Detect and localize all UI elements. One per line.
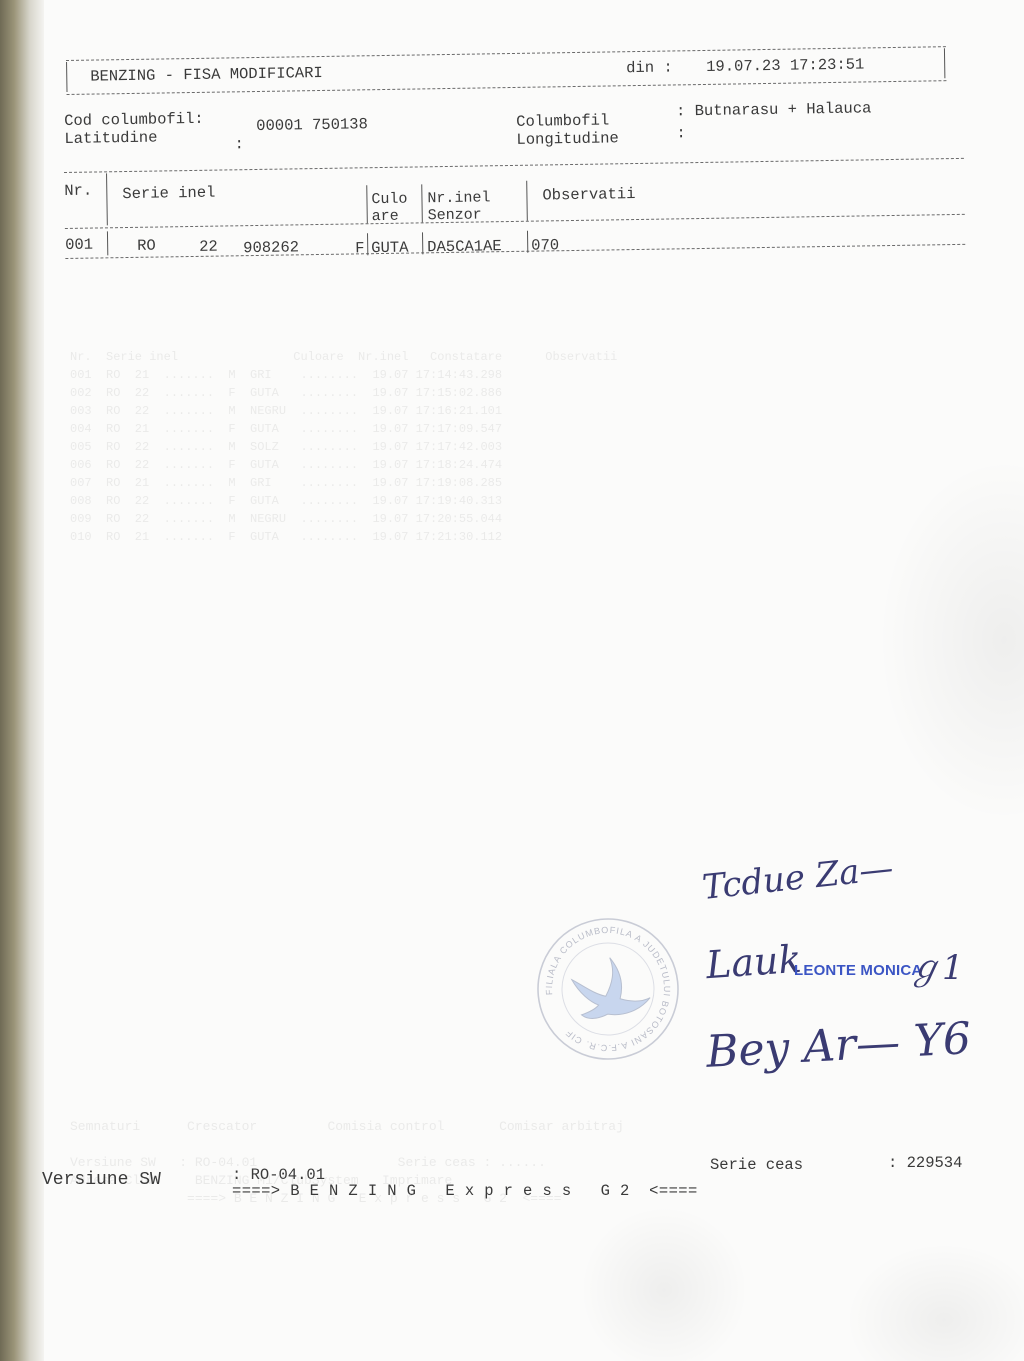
clock-serial-value: : 229534: [888, 1154, 962, 1172]
col-header-sensor-1: Nr.inel: [427, 189, 490, 207]
club-stamp-icon: FILIALA COLUMBOFILA A JUDETULUI BOTOSANI…: [526, 907, 691, 1072]
signatory-name-stamp: LEONTE MONICA: [794, 962, 922, 979]
latitude-label: Latitudine: [64, 129, 157, 148]
print-datetime: 19.07.23 17:23:51: [706, 55, 864, 75]
fancier-code-value: 00001 750138: [256, 115, 368, 135]
row-nr: 001: [65, 236, 93, 254]
longitude-label: Longitudine: [516, 129, 619, 149]
row-year: 22: [199, 238, 218, 256]
row-sensor: DA5CA1AE: [427, 237, 502, 256]
col-header-color-2: are: [372, 208, 399, 225]
software-version-label: Versiune SW: [42, 1170, 161, 1190]
fancier-name-value: : Butnarasu + Halauca: [676, 99, 872, 120]
document-title: BENZING - FISA MODIFICARI: [90, 64, 323, 86]
col-header-color-1: Culo: [371, 191, 407, 209]
fancier-code-label: Cod columbofil:: [64, 110, 204, 130]
document-photo: Nr. Serie inel Culoare Nr.inel Constatar…: [0, 0, 1024, 1361]
bleed-through-text: Nr. Serie inel Culoare Nr.inel Constatar…: [70, 330, 617, 564]
latitude-value: :: [234, 135, 244, 153]
device-banner: ====> B E N Z I N G E x p r e s s G 2 <=…: [232, 1182, 698, 1200]
signature-2: Lauk: [705, 937, 803, 988]
col-header-ring-series: Serie inel: [122, 184, 215, 203]
col-header-sensor-2: Senzor: [428, 206, 482, 224]
row-sex: F: [355, 239, 365, 257]
col-header-notes: Observatii: [542, 185, 635, 204]
col-header-nr: Nr.: [64, 182, 92, 200]
row-country: RO: [137, 237, 156, 255]
row-color: GUTA: [371, 239, 408, 258]
row-ring-number: 908262: [243, 238, 299, 257]
signature-2-tail: ℊ1: [908, 940, 964, 989]
fancier-name-label: Columbofil: [516, 111, 609, 130]
longitude-value: :: [676, 124, 686, 142]
row-notes: 070: [531, 236, 559, 254]
bleed-through-footer: Semnaturi Crescator Comisia control Comi…: [70, 1100, 624, 1226]
clock-serial-label: Serie ceas: [710, 1156, 803, 1174]
date-label: din :: [626, 58, 673, 77]
